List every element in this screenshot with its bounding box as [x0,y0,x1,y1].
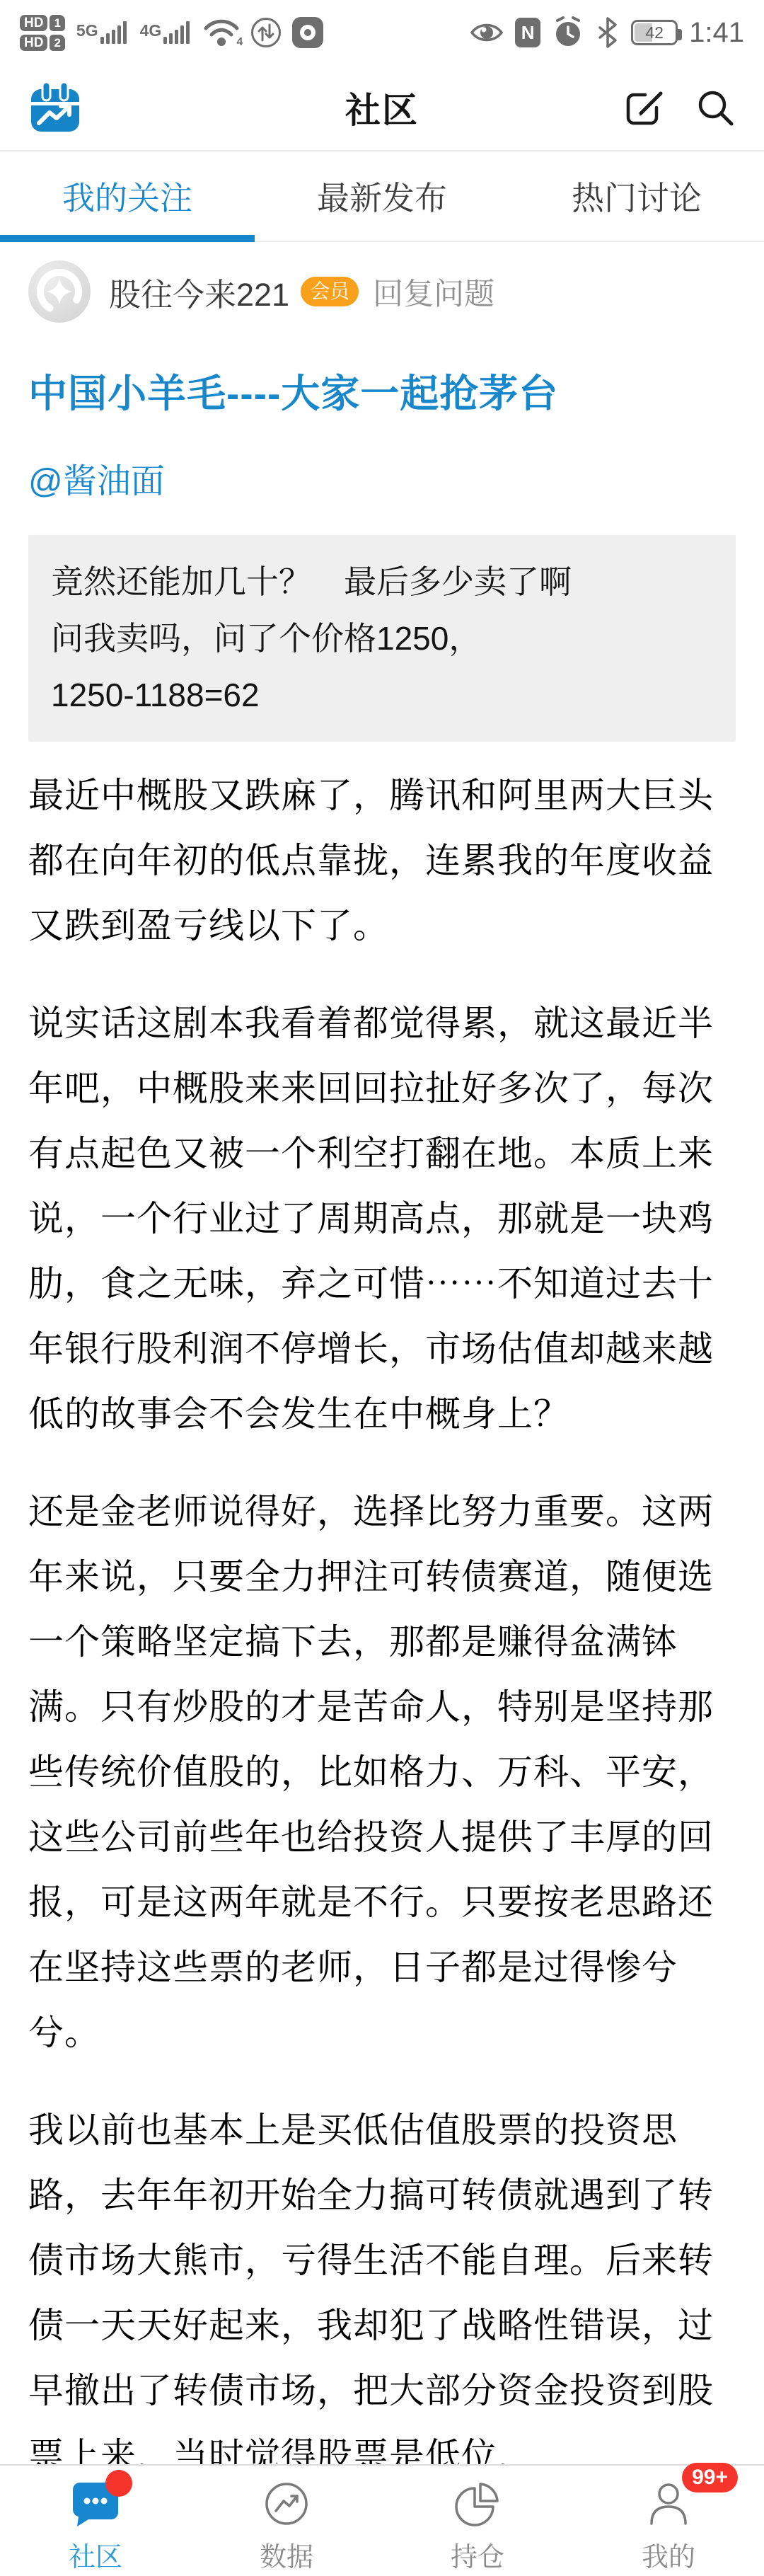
active-tab-underline [0,235,255,242]
nfc-icon: N [515,18,540,47]
alarm-icon [552,16,584,49]
nav-label-community: 社区 [69,2535,122,2574]
pie-chart-icon [453,2480,502,2528]
sim2-number: 2 [50,35,64,51]
quoted-reply: 竟然还能加几十？ 最后多少卖了啊 问我卖吗，问了个价格1250， 1250-11… [28,535,736,742]
nav-item-holdings[interactable]: 持仓 [382,2466,573,2576]
member-badge: 会员 [301,277,359,306]
post-body: 最近中概股又跌麻了，腾讯和阿里两大巨头都在向年初的低点靠拢，连累我的年度收益又跌… [28,763,736,2488]
app-screen: HD 1 HD 2 5G 4G [0,0,764,2576]
sim1-network-label: 5G [76,23,98,39]
quote-line: 问我卖吗，问了个价格1250， [51,610,713,667]
sim1-number: 1 [50,15,64,31]
battery-percent: 42 [645,23,664,42]
data-saver-icon [251,18,281,47]
quote-line: 1250-1188=62 [51,667,713,723]
sim1-signal-bars-icon: 5G [76,20,129,45]
tab-latest-posts[interactable]: 最新发布 [255,151,509,241]
post-title[interactable]: 中国小羊毛----大家一起抢茅台 [28,362,736,418]
notification-dot-badge [105,2470,132,2497]
bluetooth-icon [596,16,620,49]
nav-label-me: 我的 [642,2535,695,2574]
body-paragraph: 我以前也基本上是买低估值股票的投资思路，去年年初开始全力搞可转债就遇到了转债市场… [28,2098,736,2488]
mention-link[interactable]: @酱油面 [28,454,736,502]
volte-hd-icon: HD 1 HD 2 [20,15,65,51]
screen-recorder-icon [292,17,323,48]
status-left-icons: HD 1 HD 2 5G 4G [20,15,323,51]
sim2-signal-bars-icon: 4G [140,20,192,45]
nav-label-data: 数据 [260,2535,313,2574]
hd1-badge: HD [20,15,47,31]
tab-hot-discussions[interactable]: 热门讨论 [509,151,764,241]
post-action-label: 回复问题 [373,270,494,314]
tab-my-follows[interactable]: 我的关注 [0,151,255,241]
body-paragraph: 最近中概股又跌麻了，腾讯和阿里两大巨头都在向年初的低点靠拢，连累我的年度收益又跌… [28,763,736,958]
trend-circle-icon [262,2480,311,2528]
post-card: 股往今来221 会员 回复问题 中国小羊毛----大家一起抢茅台 @酱油面 竟然… [0,260,764,2488]
nav-label-holdings: 持仓 [451,2535,504,2574]
body-paragraph: 说实话这剧本我看着都觉得累，就这最近半年吧，中概股来来回回拉扯好多次了，每次有点… [28,991,736,1447]
avatar[interactable] [28,260,91,323]
battery-icon: 42 [631,20,678,45]
post-header: 股往今来221 会员 回复问题 [28,260,736,323]
bottom-nav: 社区 数据 持仓 [0,2464,764,2576]
tab-bar: 我的关注 最新发布 热门讨论 [0,151,764,242]
app-header: 社区 [0,65,764,151]
search-icon[interactable] [695,87,736,128]
quote-line: 竟然还能加几十？ 最后多少卖了啊 [51,553,713,610]
wifi-generation-label: 4 [236,36,243,49]
message-count-badge: 99+ [682,2463,738,2492]
nav-item-community[interactable]: 社区 [0,2466,191,2576]
clock-time: 1:41 [689,17,744,49]
sim2-network-label: 4G [140,23,162,39]
status-right-icons: N 42 1:41 [470,16,744,49]
nav-item-me[interactable]: 99+ 我的 [573,2466,764,2576]
coin-star-avatar-graphic [28,260,91,323]
author-name[interactable]: 股往今来221 [109,269,289,315]
compose-icon[interactable] [624,86,666,129]
nav-item-data[interactable]: 数据 [191,2466,382,2576]
status-bar: HD 1 HD 2 5G 4G [0,0,764,65]
hd2-badge: HD [20,35,47,51]
body-paragraph: 还是金老师说得好，选择比努力重要。这两年来说，只要全力押注可转债赛道，随便选一个… [28,1479,736,2065]
eye-comfort-icon [470,21,504,45]
wifi-icon: 4 [203,18,240,47]
